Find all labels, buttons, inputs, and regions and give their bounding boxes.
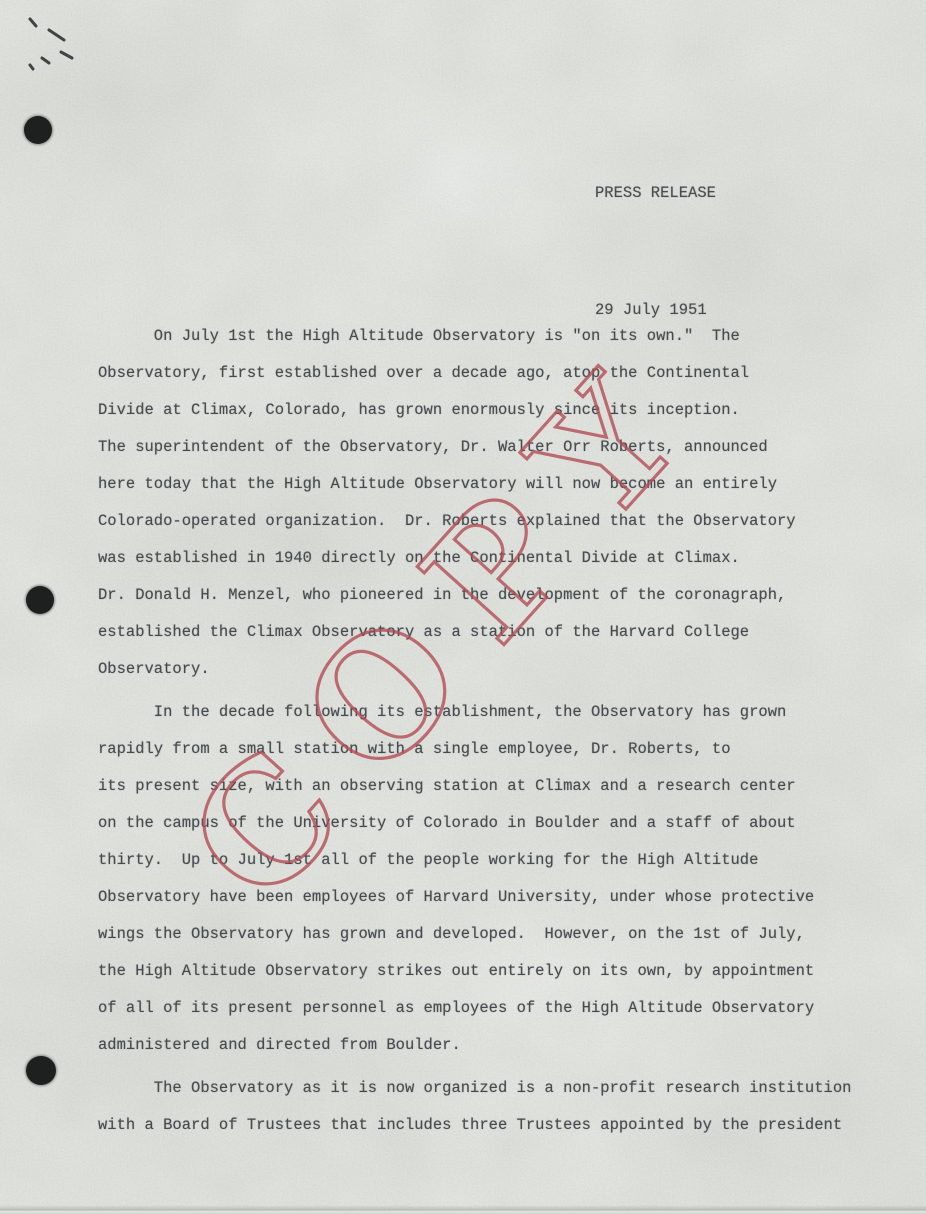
hole-punch-middle — [26, 586, 54, 614]
hole-punch-bottom — [26, 1056, 56, 1085]
hole-punch-top — [24, 116, 52, 144]
pen-scribble — [0, 0, 120, 100]
press-release-title: PRESS RELEASE — [595, 174, 716, 213]
scanned-document-page: PRESS RELEASE 29 July 1951 On July 1st t… — [0, 0, 926, 1214]
document-body: On July 1st the High Altitude Observator… — [98, 318, 898, 1150]
scan-edge — [0, 1205, 926, 1214]
paragraph-organization: The Observatory as it is now organized i… — [98, 1070, 898, 1144]
paragraph-establishment: On July 1st the High Altitude Observator… — [98, 318, 898, 688]
paragraph-growth: In the decade following its establishmen… — [98, 694, 898, 1064]
